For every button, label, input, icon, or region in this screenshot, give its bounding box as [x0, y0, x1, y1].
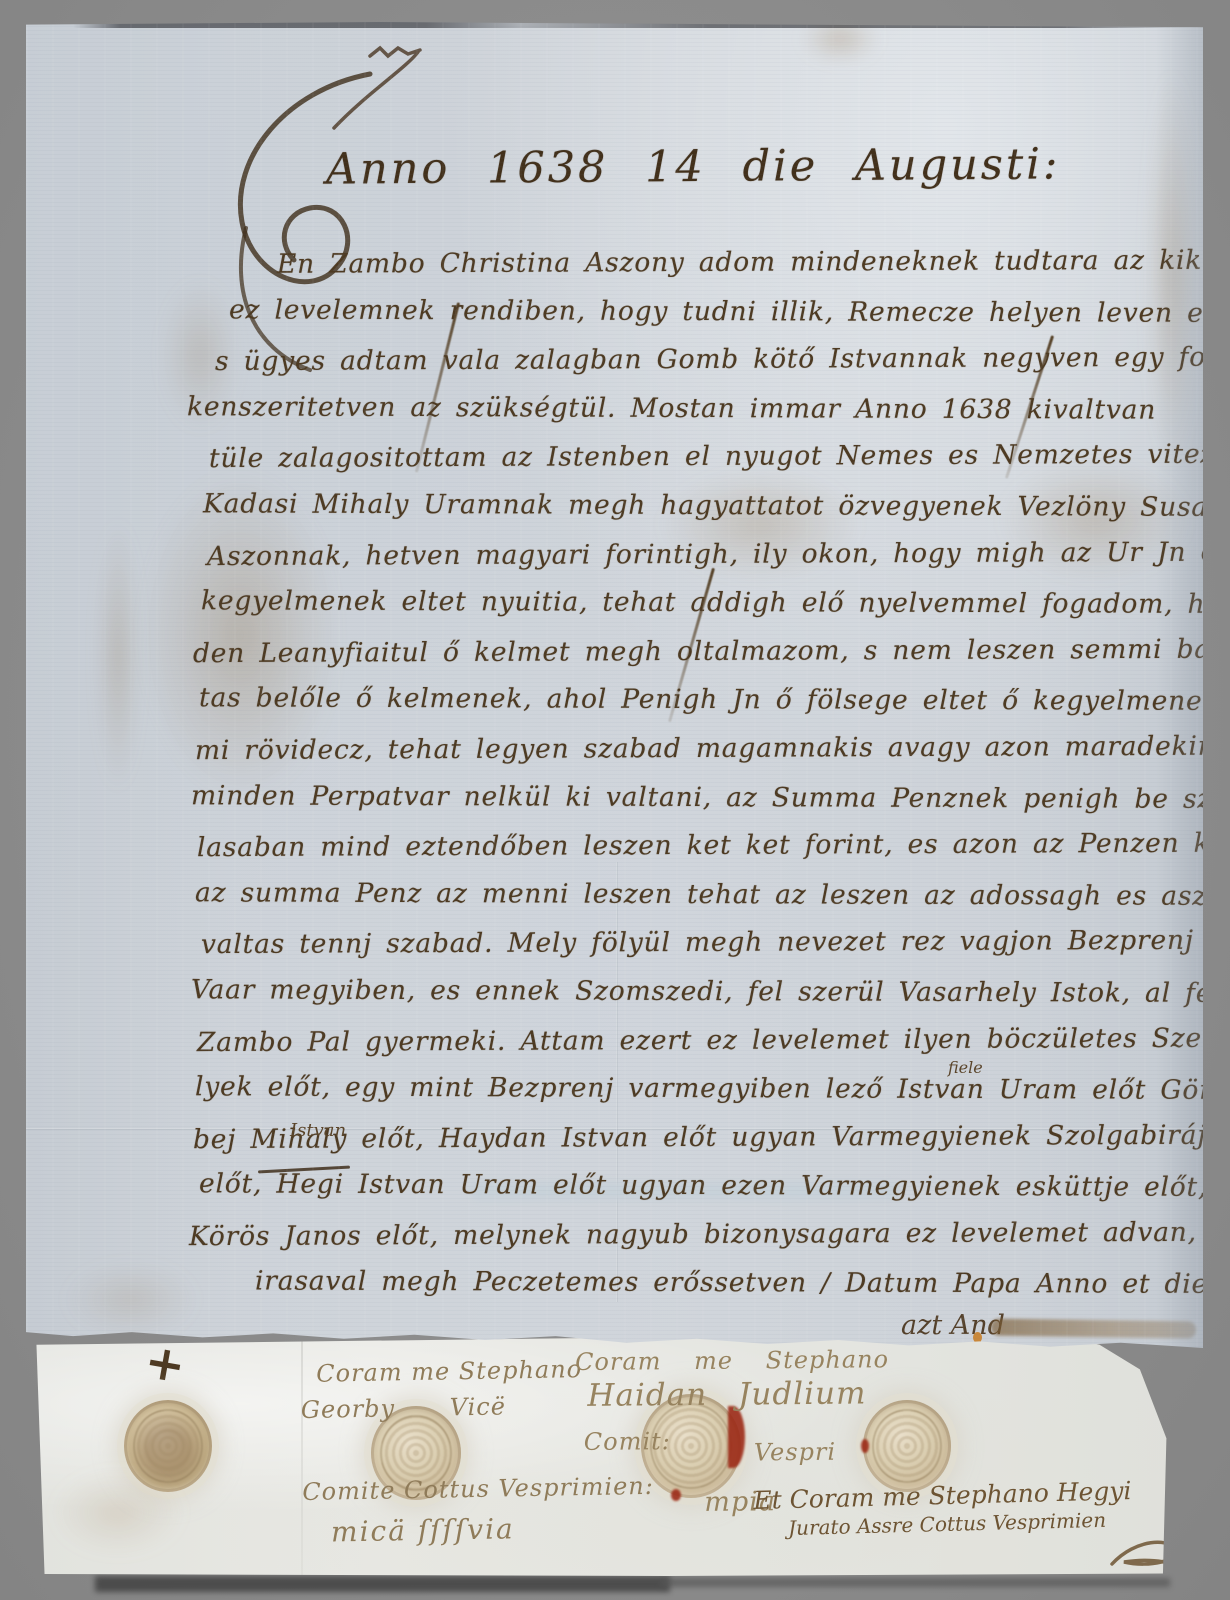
attestation-line: Haidan Judlium [587, 1375, 866, 1413]
red-wax-icon [861, 1439, 869, 1453]
smudged-dateline: azt And [901, 1310, 1005, 1341]
manuscript-line: Kadasi Mihaly Uramnak megh hagyattatot ö… [185, 488, 1185, 540]
seal-impression-icon [872, 1409, 942, 1483]
stain [53, 1470, 183, 1555]
manuscript-line: En Zambo Christina Aszony adom mindenekn… [185, 245, 1185, 298]
attestation-line: Vespri [754, 1438, 836, 1467]
fold-crease [301, 1330, 303, 1576]
manuscript-line: s ügyes adtam vala zalagban Gomb kötő Is… [185, 342, 1185, 395]
manuscript-line: tüle zalagositottam az Istenben el nyugo… [185, 439, 1185, 492]
manuscript-line: Körös Janos előt, melynek nagyub bizonys… [185, 1217, 1185, 1270]
attestation-line: micä ſſſſvia [331, 1512, 515, 1548]
insertion-word: fiele [948, 1058, 983, 1077]
cross-mark: + [141, 1337, 189, 1391]
manuscript-line: ez levelemnek rendiben, hogy tudni illik… [185, 294, 1185, 346]
stain [66, 1262, 196, 1337]
manuscript-line: kenszeritetven az szükségtül. Mostan imm… [185, 391, 1185, 443]
manuscript-line: tas belőle ő kelmenek, ahol Penigh Jn ő … [185, 683, 1185, 735]
attestation-line: Comite Cottus Vesprimien: [302, 1472, 654, 1506]
seal-impression-icon [133, 1409, 203, 1483]
top-pen-mark-icon [326, 24, 446, 134]
manuscript-line: Vaar megyiben, es ennek Szomszedi, fel s… [185, 974, 1185, 1026]
manuscript-line: Zambo Pal gyermeki. Attam ezert ez level… [185, 1022, 1185, 1075]
attestation-line: Coram me Stephano [316, 1355, 582, 1388]
edge-shadow [660, 1578, 1170, 1587]
manuscript-scan: + Coram me StephanoGeorby VicëComite Cot… [0, 0, 1230, 1600]
attestation-line: Comit: [584, 1427, 671, 1456]
edge-shadow [95, 1576, 670, 1592]
manuscript-line: előt, Hegi Istvan Uram előt ugyan ezen V… [185, 1169, 1185, 1221]
seal-strip: + Coram me StephanoGeorby VicëComite Cot… [33, 1330, 1186, 1576]
attestation-line: Georby Vicë [301, 1392, 507, 1424]
manuscript-line: valtas tennj szabad. Mely fölyül megh ne… [185, 925, 1185, 978]
red-wax-icon [671, 1489, 681, 1501]
heading-dateline: Anno 1638 14 die Augusti: [326, 139, 1061, 194]
manuscript-line: kegyelmenek eltet nyuitia, tehat addigh … [185, 585, 1185, 637]
red-wax-icon [728, 1406, 745, 1468]
manuscript-line: mi rövidecz, tehat legyen szabad magamna… [185, 731, 1185, 784]
stain [96, 520, 140, 790]
letter-sheet: Anno 1638 14 die Augusti: En Zambo Chris… [26, 22, 1203, 1348]
stain [800, 14, 880, 64]
manuscript-line: irasaval megh Peczetemes erőssetven / Da… [185, 1266, 1185, 1318]
manuscript-body: En Zambo Christina Aszony adom mindenekn… [185, 247, 1185, 1316]
wax-fleck [973, 1332, 982, 1343]
manuscript-line: Aszonnak, hetven magyari forintigh, ily … [185, 536, 1185, 589]
manuscript-line: az summa Penz az menni leszen tehat az l… [185, 877, 1185, 929]
manuscript-line: den Leanyfiaitul ő kelmet megh oltalmazo… [185, 634, 1185, 687]
manuscript-line: minden Perpatvar nelkül ki valtani, az S… [185, 780, 1185, 832]
manuscript-line: lasaban mind eztendőben leszen ket ket f… [185, 828, 1185, 881]
ink-smear [991, 1319, 1196, 1339]
insertion-word: Istvan [290, 1120, 346, 1141]
manuscript-line: lyek előt, egy mint Bezprenj varmegyiben… [185, 1071, 1185, 1123]
pen-paraph-icon [1108, 1530, 1188, 1580]
wax-seal-4 [863, 1400, 951, 1492]
attestation-line: Coram me Stephano [575, 1345, 889, 1376]
